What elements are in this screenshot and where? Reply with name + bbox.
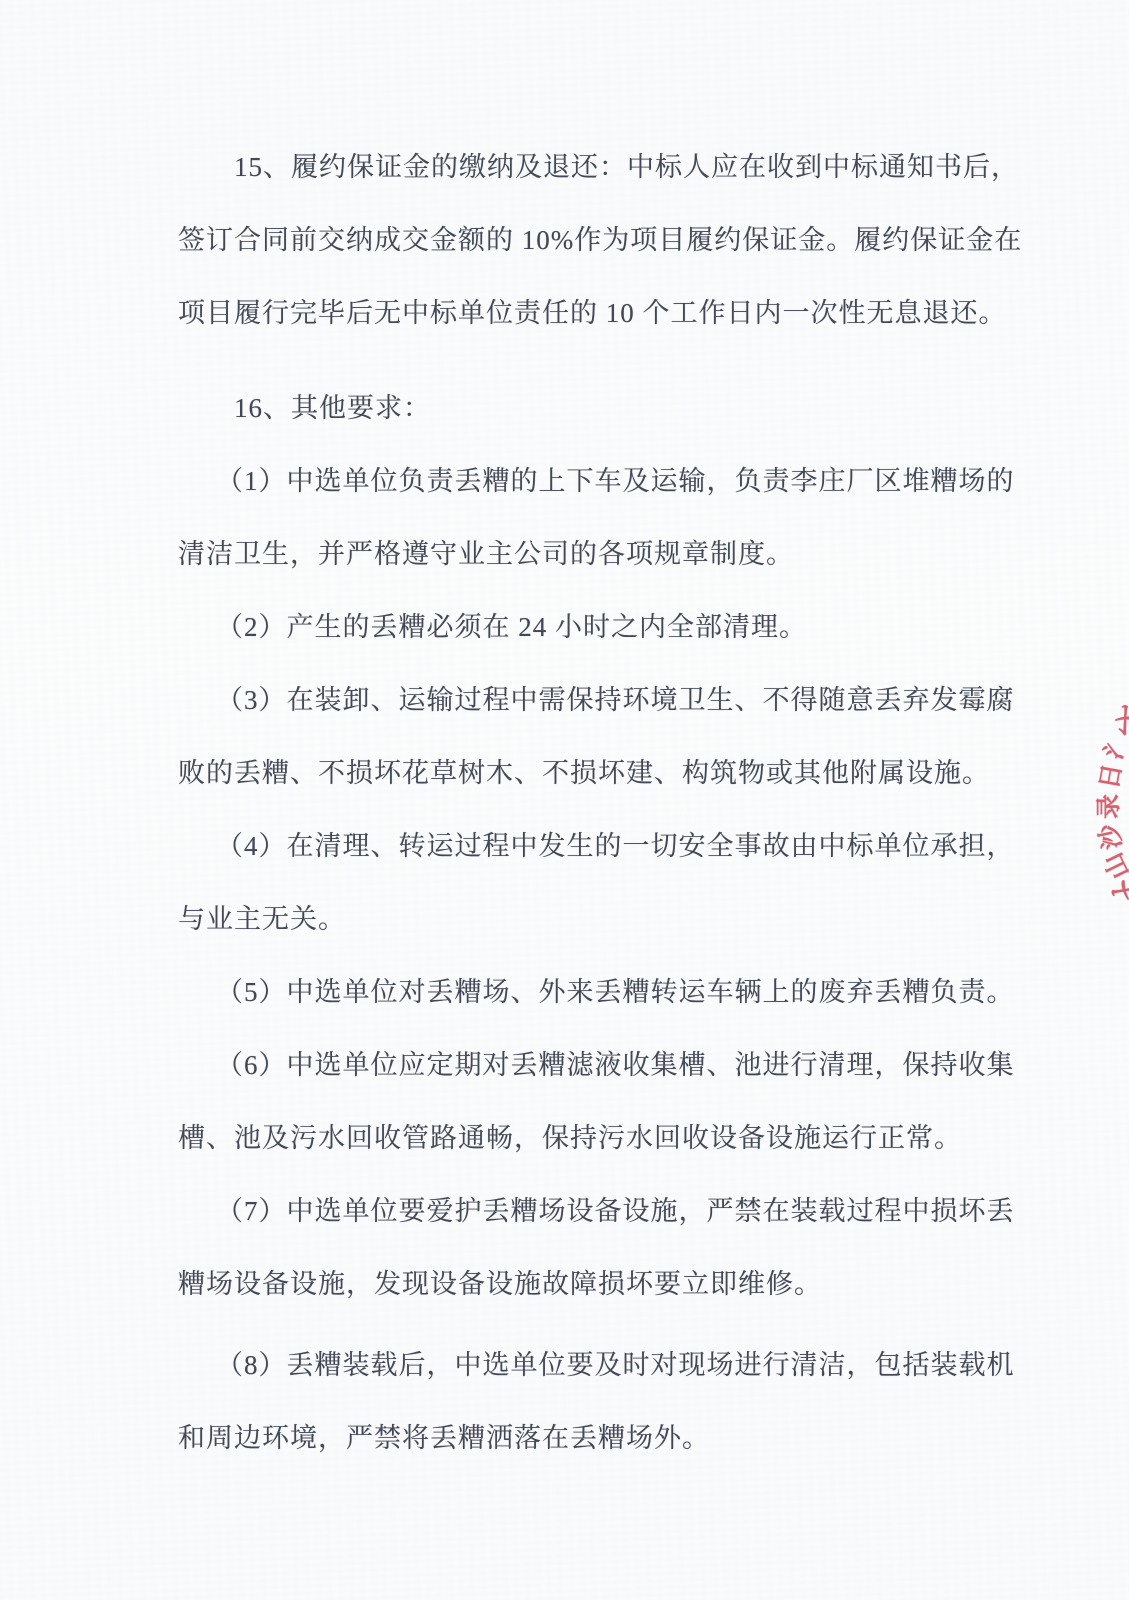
text-line: 与业主无关。: [178, 883, 988, 956]
text-line: （2）产生的丢糟必须在 24 小时之内全部清理。: [178, 591, 988, 664]
text-line: 糟场设备设施，发现设备设施故障损坏要立即维修。: [178, 1248, 988, 1321]
text-line: 签订合同前交纳成交金额的 10%作为项目履约保证金。履约保证金在: [178, 204, 988, 277]
document-text-block: 15、履约保证金的缴纳及退还：中标人应在收到中标通知书后， 签订合同前交纳成交金…: [178, 131, 988, 1475]
text-line: 和周边环境，严禁将丢糟洒落在丢糟场外。: [178, 1402, 988, 1475]
text-line: 清洁卫生，并严格遵守业主公司的各项规章制度。: [178, 518, 988, 591]
seal-glyph: 氵: [1101, 730, 1129, 763]
seal-glyph: 山: [1101, 849, 1129, 882]
text-line: （8）丢糟装载后，中选单位要及时对现场进行清洁，包括装载机: [178, 1329, 988, 1402]
document-page: 15、履约保证金的缴纳及退还：中标人应在收到中标通知书后， 签订合同前交纳成交金…: [0, 0, 1129, 1600]
red-seal-stamp: 乄 氵 日 录 沙 山 乄: [1087, 700, 1129, 905]
text-line: （1）中选单位负责丢糟的上下车及运输，负责李庄厂区堆糟场的: [178, 445, 988, 518]
text-line: （4）在清理、转运过程中发生的一切安全事故由中标单位承担，: [178, 810, 988, 883]
seal-glyph: 录: [1097, 794, 1122, 819]
text-line: （5）中选单位对丢糟场、外来丢糟转运车辆上的废弃丢糟负责。: [178, 956, 988, 1029]
seal-glyph: 乄: [1108, 702, 1129, 739]
seal-glyph: 沙: [1097, 822, 1127, 852]
text-line: 项目履行完毕后无中标单位责任的 10 个工作日内一次性无息退还。: [178, 277, 988, 350]
text-line: 败的丢糟、不损坏花草树木、不损坏建、构筑物或其他附属设施。: [178, 737, 988, 810]
seal-glyph: 乄: [1108, 870, 1129, 905]
text-line: （3）在装卸、运输过程中需保持环境卫生、不得随意丢弃发霉腐: [178, 664, 988, 737]
seal-glyph: 日: [1097, 762, 1126, 791]
text-line: 槽、池及污水回收管路通畅，保持污水回收设备设施运行正常。: [178, 1102, 988, 1175]
text-line: 16、其他要求：: [178, 372, 988, 445]
text-line: 15、履约保证金的缴纳及退还：中标人应在收到中标通知书后，: [178, 131, 988, 204]
text-line: （6）中选单位应定期对丢糟滤液收集槽、池进行清理，保持收集: [178, 1029, 988, 1102]
text-line: （7）中选单位要爱护丢糟场设备设施，严禁在装载过程中损坏丢: [178, 1175, 988, 1248]
